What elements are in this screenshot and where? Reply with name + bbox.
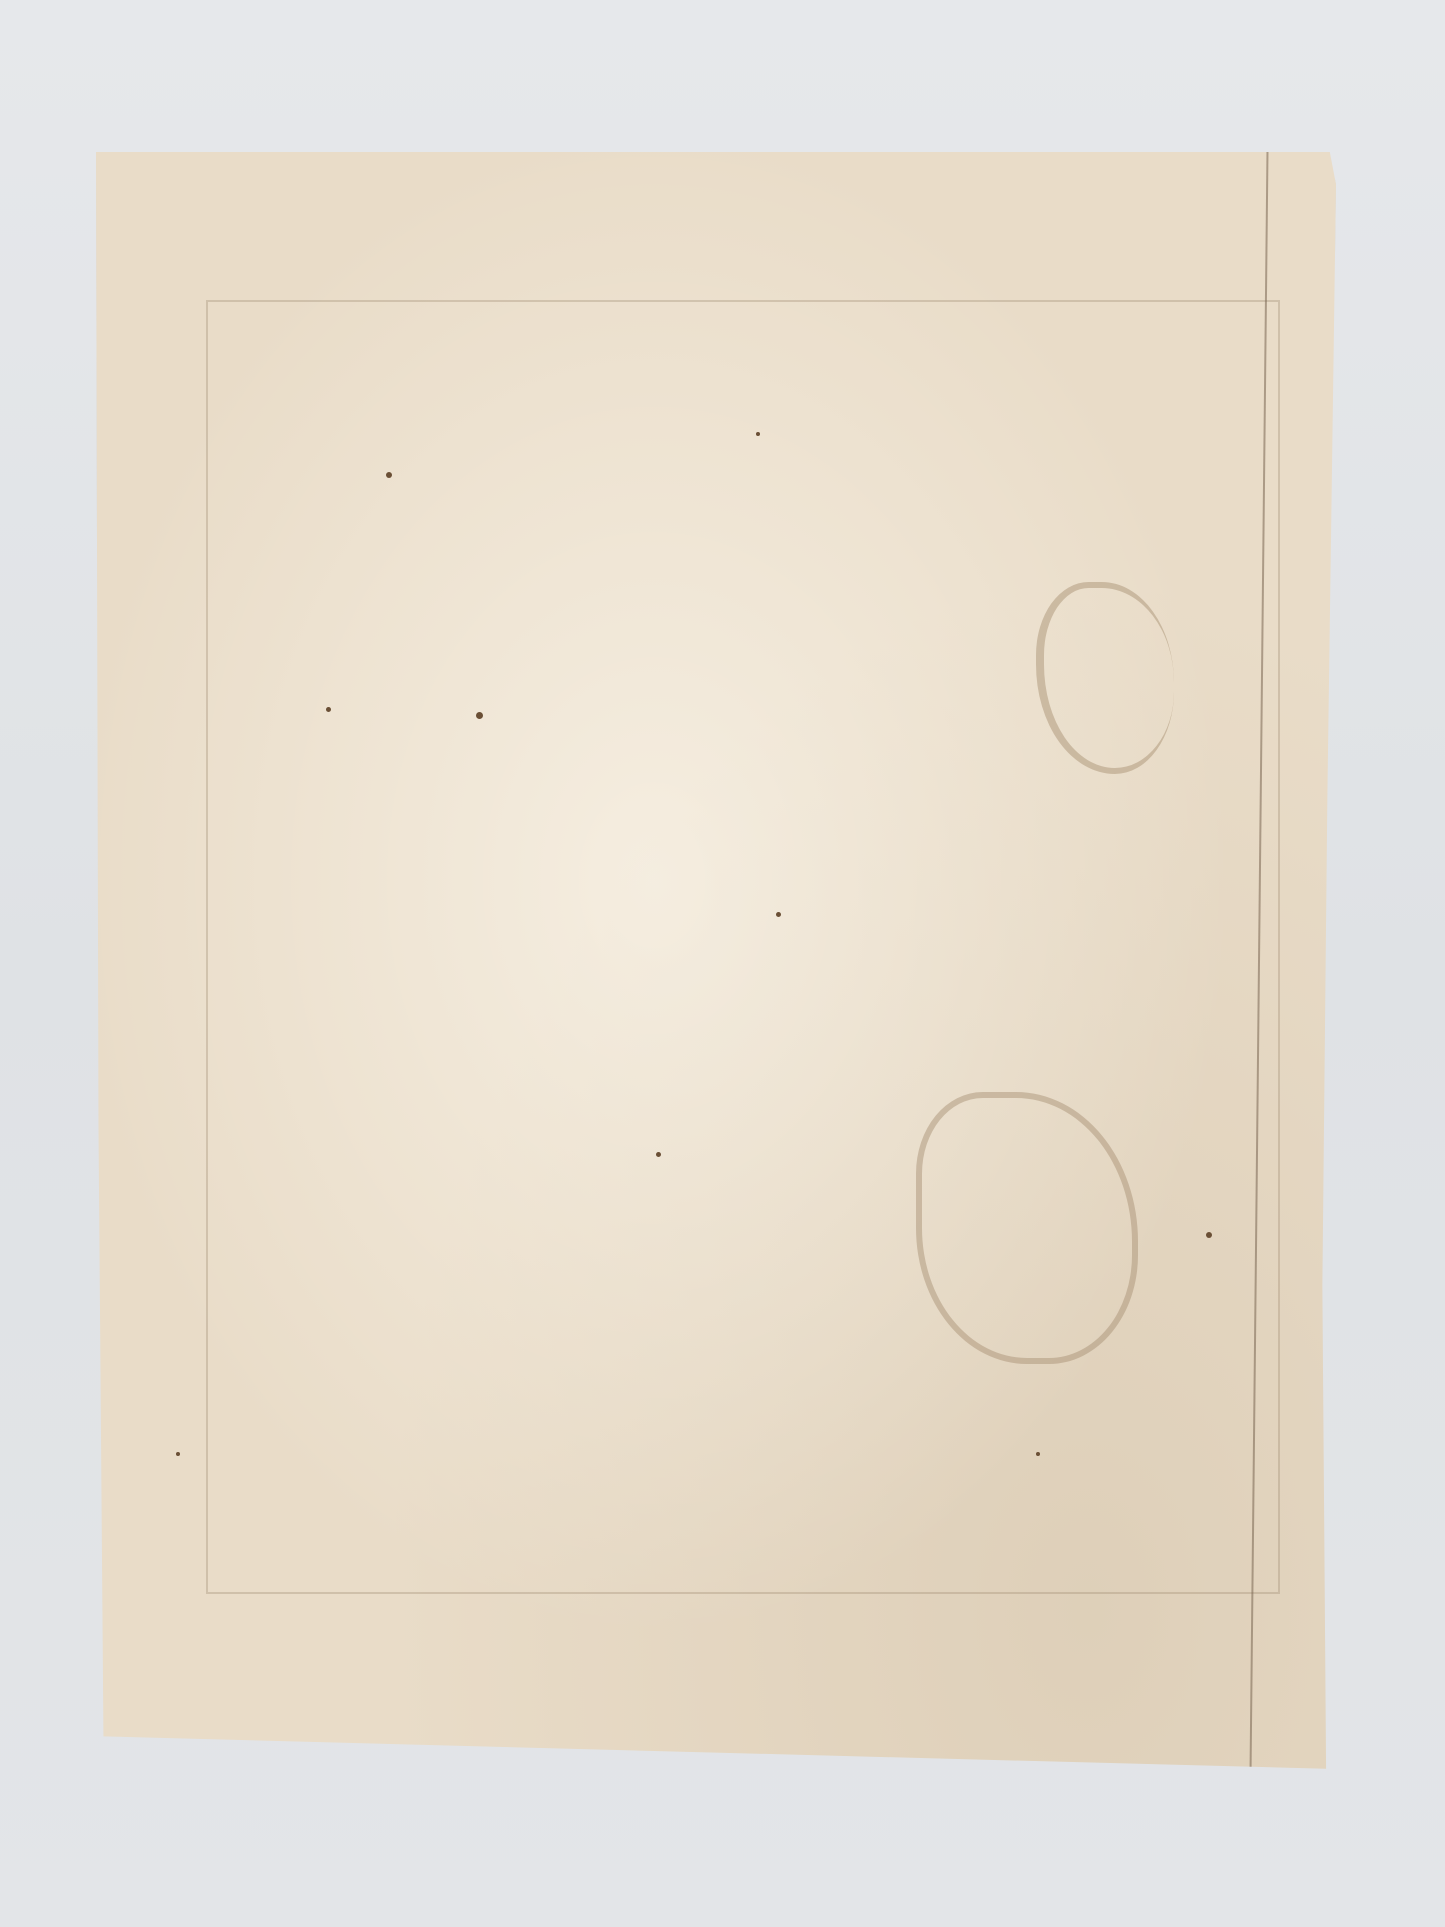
foxing-speck	[1206, 1232, 1212, 1238]
foxing-speck	[1036, 1452, 1040, 1456]
foxing-speck	[326, 707, 331, 712]
foxing-speck	[656, 1152, 661, 1157]
paper-sheet	[96, 152, 1336, 1772]
foxing-speck	[476, 712, 483, 719]
foxing-speck	[176, 1452, 180, 1456]
foxing-speck	[386, 472, 392, 478]
plate-mark-border	[206, 300, 1280, 1594]
foxing-speck	[756, 432, 760, 436]
foxing-speck	[776, 912, 781, 917]
